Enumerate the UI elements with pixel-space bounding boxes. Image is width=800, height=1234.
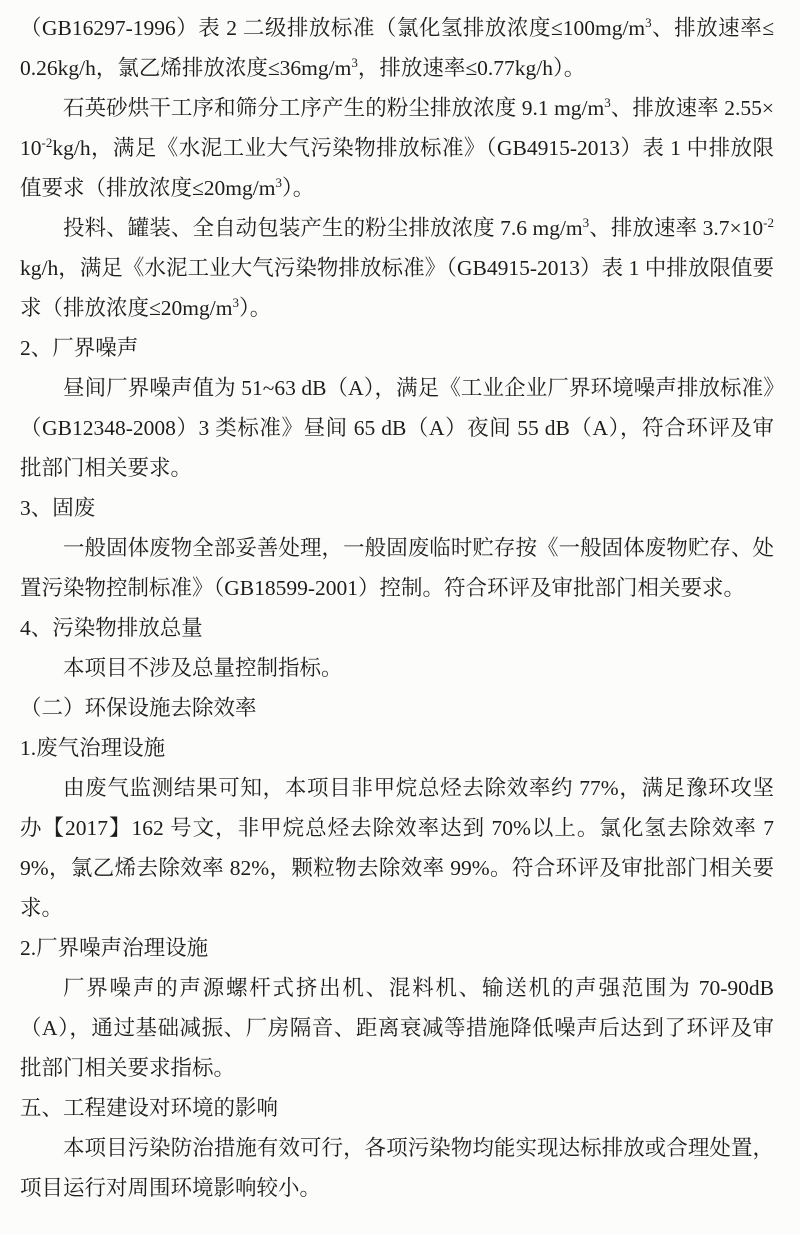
section-heading: 2.厂界噪声治理设施 xyxy=(20,928,774,968)
section-heading: 4、污染物排放总量 xyxy=(20,608,774,648)
paragraph: 石英砂烘干工序和筛分工序产生的粉尘排放浓度 9.1 mg/m3、排放速率 2.5… xyxy=(20,88,774,208)
section-heading: （二）环保设施去除效率 xyxy=(20,688,774,728)
paragraph: 投料、罐装、全自动包装产生的粉尘排放浓度 7.6 mg/m3、排放速率 3.7×… xyxy=(20,208,774,328)
document-content: （GB16297-1996）表 2 二级排放标准（氯化氢排放浓度≤100mg/m… xyxy=(20,8,774,1208)
superscript: 3 xyxy=(275,175,282,190)
section-heading: 1.废气治理设施 xyxy=(20,728,774,768)
paragraph: 由废气监测结果可知，本项目非甲烷总烃去除效率约 77%，满足豫环攻坚办【2017… xyxy=(20,768,774,928)
paragraph: （GB16297-1996）表 2 二级排放标准（氯化氢排放浓度≤100mg/m… xyxy=(20,8,774,88)
paragraph: 昼间厂界噪声值为 51~63 dB（A），满足《工业企业厂界环境噪声排放标准》（… xyxy=(20,368,774,488)
section-heading: 五、工程建设对环境的影响 xyxy=(20,1088,774,1128)
document-page: （GB16297-1996）表 2 二级排放标准（氯化氢排放浓度≤100mg/m… xyxy=(0,0,800,1234)
superscript: 3 xyxy=(232,295,239,310)
superscript: 3 xyxy=(583,215,590,230)
section-heading: 3、固废 xyxy=(20,488,774,528)
superscript: -2 xyxy=(42,135,53,150)
paragraph: 一般固体废物全部妥善处理，一般固废临时贮存按《一般固体废物贮存、处置污染物控制标… xyxy=(20,528,774,608)
superscript: 3 xyxy=(604,95,611,110)
paragraph: 本项目污染防治措施有效可行，各项污染物均能实现达标排放或合理处置，项目运行对周围… xyxy=(20,1128,774,1208)
superscript: 3 xyxy=(645,15,652,30)
paragraph: 厂界噪声的声源螺杆式挤出机、混料机、输送机的声强范围为 70-90dB（A），通… xyxy=(20,968,774,1088)
superscript: -2 xyxy=(763,215,774,230)
superscript: 3 xyxy=(351,55,358,70)
paragraph: 本项目不涉及总量控制指标。 xyxy=(20,648,774,688)
section-heading: 2、厂界噪声 xyxy=(20,328,774,368)
